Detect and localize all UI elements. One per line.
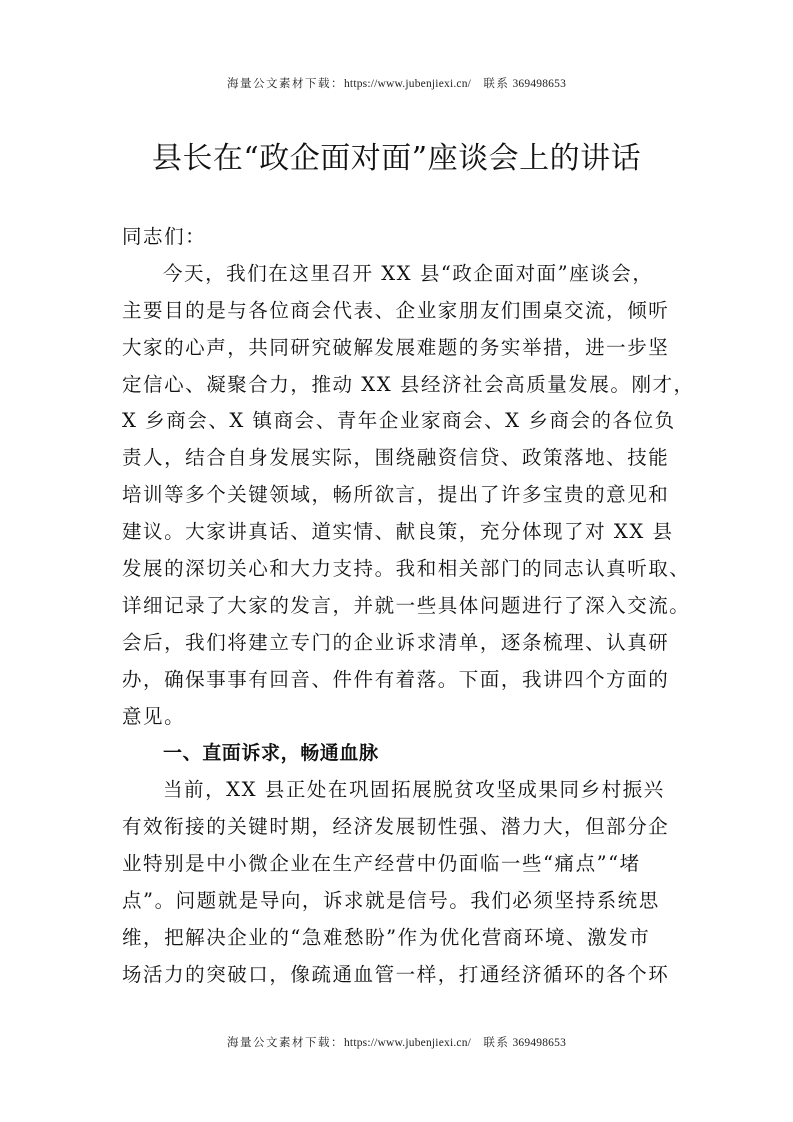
page-footer-watermark: 海量公文素材下载：https://www.jubenjiexi.cn/ 联系 3… (0, 1034, 793, 1050)
paragraph-line: 会后，我们将建立专门的企业诉求清单，逐条梳理、认真研 (122, 625, 674, 662)
header-download-label: 海量公文素材下载： (227, 78, 344, 90)
paragraph-line: 业特别是中小微企业在生产经营中仍面临一些“痛点”“堵 (122, 846, 674, 883)
footer-contact-number: 369498653 (512, 1037, 566, 1049)
paragraph-line: 详细记录了大家的发言，并就一些具体问题进行了深入交流。 (122, 588, 674, 625)
document-page: 海量公文素材下载：https://www.jubenjiexi.cn/ 联系 3… (0, 0, 793, 1122)
header-contact-label: 联系 (483, 78, 509, 90)
document-body: 同志们： 今天，我们在这里召开 XX 县“政企面对面”座谈会， 主要目的是与各位… (122, 219, 674, 994)
paragraph-line: 主要目的是与各位商会代表、企业家朋友们围桌交流，倾听 (122, 293, 674, 330)
paragraph-line: 当前，XX 县正处在巩固拓展脱贫攻坚成果同乡村振兴 (122, 772, 674, 809)
salutation: 同志们： (122, 219, 674, 256)
paragraph-line: 责人，结合自身发展实际，围绕融资信贷、政策落地、技能 (122, 440, 674, 477)
paragraph-line: 场活力的突破口，像疏通血管一样，打通经济循环的各个环 (122, 957, 674, 994)
section-heading-1: 一、直面诉求，畅通血脉 (122, 735, 674, 772)
paragraph-line: 定信心、凝聚合力，推动 XX 县经济社会高质量发展。刚才， (122, 367, 674, 404)
paragraph-line: 建议。大家讲真话、道实情、献良策，充分体现了对 XX 县 (122, 514, 674, 551)
header-contact-number: 369498653 (512, 78, 566, 90)
paragraph-line: 今天，我们在这里召开 XX 县“政企面对面”座谈会， (122, 256, 674, 293)
document-title: 县长在“政企面对面”座谈会上的讲话 (0, 133, 793, 177)
paragraph-line: 发展的深切关心和大力支持。我和相关部门的同志认真听取、 (122, 551, 674, 588)
paragraph-line: 维，把解决企业的“急难愁盼”作为优化营商环境、激发市 (122, 920, 674, 957)
header-url-link[interactable]: https://www.jubenjiexi.cn/ (344, 78, 471, 90)
footer-download-label: 海量公文素材下载： (227, 1037, 344, 1049)
paragraph-line: 有效衔接的关键时期，经济发展韧性强、潜力大，但部分企 (122, 809, 674, 846)
paragraph-line: X 乡商会、X 镇商会、青年企业家商会、X 乡商会的各位负 (122, 403, 674, 440)
paragraph-line: 点”。问题就是导向，诉求就是信号。我们必须坚持系统思 (122, 883, 674, 920)
page-header-watermark: 海量公文素材下载：https://www.jubenjiexi.cn/ 联系 3… (0, 75, 793, 91)
paragraph-line: 办，确保事事有回音、件件有着落。下面，我讲四个方面的 (122, 662, 674, 699)
paragraph-line: 大家的心声，共同研究破解发展难题的务实举措，进一步坚 (122, 330, 674, 367)
footer-contact-label: 联系 (483, 1037, 509, 1049)
paragraph-line: 意见。 (122, 699, 674, 736)
paragraph-2: 当前，XX 县正处在巩固拓展脱贫攻坚成果同乡村振兴 有效衔接的关键时期，经济发展… (122, 772, 674, 993)
footer-url-link[interactable]: https://www.jubenjiexi.cn/ (344, 1037, 471, 1049)
paragraph-1: 今天，我们在这里召开 XX 县“政企面对面”座谈会， 主要目的是与各位商会代表、… (122, 256, 674, 736)
paragraph-line: 培训等多个关键领域，畅所欲言，提出了许多宝贵的意见和 (122, 477, 674, 514)
